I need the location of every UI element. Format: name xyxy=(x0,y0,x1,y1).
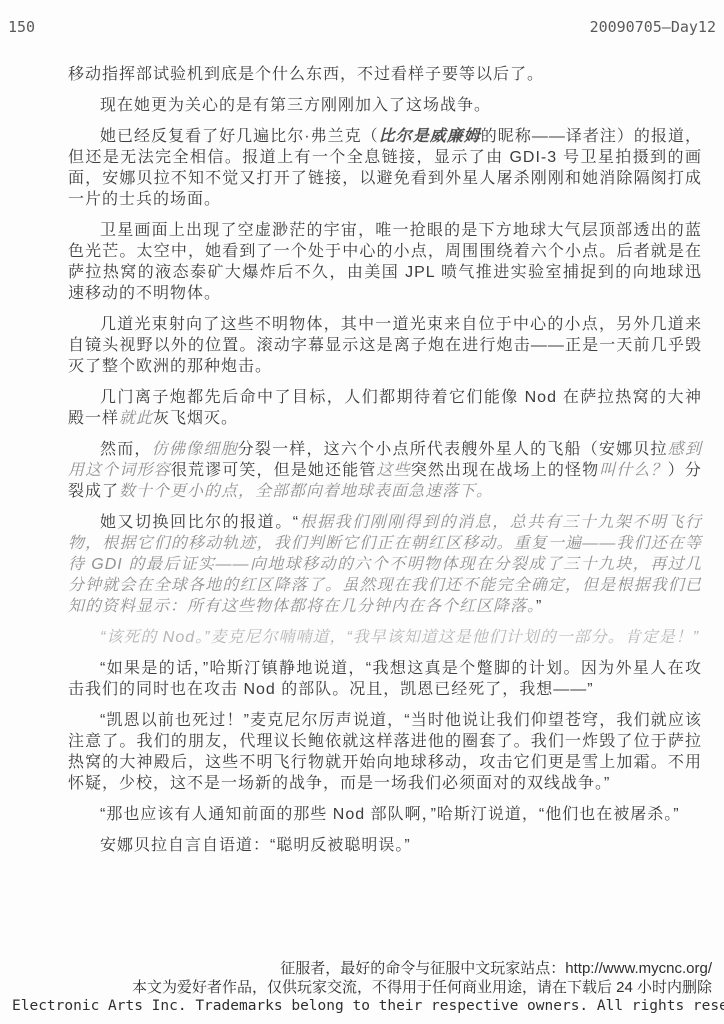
text-segment: 分裂一样，这六个小点所代表艘外星人的飞船（安娜贝拉 xyxy=(238,441,668,458)
text-segment: 就此 xyxy=(119,410,153,427)
text-segment: 突然出现在战场上的怪物 xyxy=(411,462,600,479)
text-segment: ” xyxy=(536,598,542,615)
text-segment: 数十个更小的点，全部都向着地球表面急速落下。 xyxy=(119,483,493,500)
paragraph: “凯恩以前也死过！”麦克尼尔厉声说道，“当时他说让我们仰望苍穹，我们就应该注意了… xyxy=(68,710,702,794)
text-segment: 现在她更为关心的是有第三方刚刚加入了这场战争。 xyxy=(100,97,491,114)
text-segment: 比尔是威廉姆 xyxy=(379,128,481,145)
page-header: 150 20090705—Day12 xyxy=(8,18,716,36)
text-segment: 卫星画面上出现了空虚渺茫的宇宙，唯一抢眼的是下方地球大气层顶部透出的蓝色光芒。太… xyxy=(68,222,702,302)
text-segment: “如果是的话，”哈斯汀镇静地说道，“我想这真是个蹩脚的计划。因为外星人在攻击我们… xyxy=(68,660,702,698)
text-segment: 叫什么？ xyxy=(599,462,668,479)
text-segment: “凯恩以前也死过！”麦克尼尔厉声说道，“当时他说让我们仰望苍穹，我们就应该注意了… xyxy=(68,712,702,792)
paragraph: 移动指挥部试验机到底是个什么东西，不过看样子要等以后了。 xyxy=(68,64,702,85)
text-segment: 这些 xyxy=(376,462,410,479)
paragraph: 她已经反复看了好几遍比尔·弗兰克（比尔是威廉姆的昵称——译者注）的报道，但还是无… xyxy=(68,126,702,210)
paragraph: 现在她更为关心的是有第三方刚刚加入了这场战争。 xyxy=(68,95,702,116)
document-page: 150 20090705—Day12 移动指挥部试验机到底是个什么东西，不过看样… xyxy=(0,0,724,1024)
text-segment: 移动指挥部试验机到底是个什么东西，不过看样子要等以后了。 xyxy=(68,66,544,83)
text-segment: 她又切换回比尔的报道。“ xyxy=(100,514,299,531)
body-text: 移动指挥部试验机到底是个什么东西，不过看样子要等以后了。现在她更为关心的是有第三… xyxy=(68,64,702,866)
paragraph: 然而，仿佛像细胞分裂一样，这六个小点所代表艘外星人的飞船（安娜贝拉感到用这个词形… xyxy=(68,439,702,502)
paragraph: 安娜贝拉自言自语道：“聪明反被聪明误。” xyxy=(68,835,702,856)
paragraph: 卫星画面上出现了空虚渺茫的宇宙，唯一抢眼的是下方地球大气层顶部透出的蓝色光芒。太… xyxy=(68,220,702,304)
paragraph: 她又切换回比尔的报道。“根据我们刚刚得到的消息，总共有三十九架不明飞行物，根据它… xyxy=(68,512,702,617)
header-date: 20090705—Day12 xyxy=(590,18,716,36)
text-segment: 灰飞烟灭。 xyxy=(153,410,238,427)
text-segment: 安娜贝拉自言自语道：“聪明反被聪明误。” xyxy=(100,837,411,854)
text-segment: 她已经反复看了好几遍比尔·弗兰克（ xyxy=(100,128,379,145)
paragraph: “如果是的话，”哈斯汀镇静地说道，“我想这真是个蹩脚的计划。因为外星人在攻击我们… xyxy=(68,658,702,700)
paragraph: “该死的 Nod。”麦克尼尔喃喃道，“我早该知道这是他们计划的一部分。肯定是！” xyxy=(68,627,702,648)
text-segment: 几道光束射向了这些不明物体，其中一道光束来自位于中心的小点，另外几道来自镜头视野… xyxy=(68,316,702,375)
footer-site-line: 征服者，最好的命令与征服中文玩家站点：http://www.mycnc.org/ xyxy=(12,959,712,978)
footer-disclaimer-line: 本文为爱好者作品，仅供玩家交流，不得用于任何商业用途，请在下载后 24 小时内删… xyxy=(12,978,712,997)
paragraph: 几门离子炮都先后命中了目标，人们都期待着它们能像 Nod 在萨拉热窝的大神殿一样… xyxy=(68,387,702,429)
text-segment: “该死的 Nod。”麦克尼尔喃喃道，“我早该知道这是他们计划的一部分。肯定是！” xyxy=(100,629,699,646)
page-number: 150 xyxy=(8,18,35,36)
page-footer: 征服者，最好的命令与征服中文玩家站点：http://www.mycnc.org/… xyxy=(12,959,712,1016)
text-segment: 很荒谬可笑，但是她还能管 xyxy=(171,462,377,479)
text-segment: 然而， xyxy=(100,441,152,458)
text-segment: 仿佛像细胞 xyxy=(152,441,238,458)
paragraph: 几道光束射向了这些不明物体，其中一道光束来自位于中心的小点，另外几道来自镜头视野… xyxy=(68,314,702,377)
paragraph: “那也应该有人通知前面的那些 Nod 部队啊，”哈斯汀说道，“他们也在被屠杀。” xyxy=(68,804,702,825)
text-segment: “那也应该有人通知前面的那些 Nod 部队啊，”哈斯汀说道，“他们也在被屠杀。” xyxy=(100,806,680,823)
footer-trademark-line: Electronic Arts Inc. Trademarks belong t… xyxy=(12,997,712,1016)
